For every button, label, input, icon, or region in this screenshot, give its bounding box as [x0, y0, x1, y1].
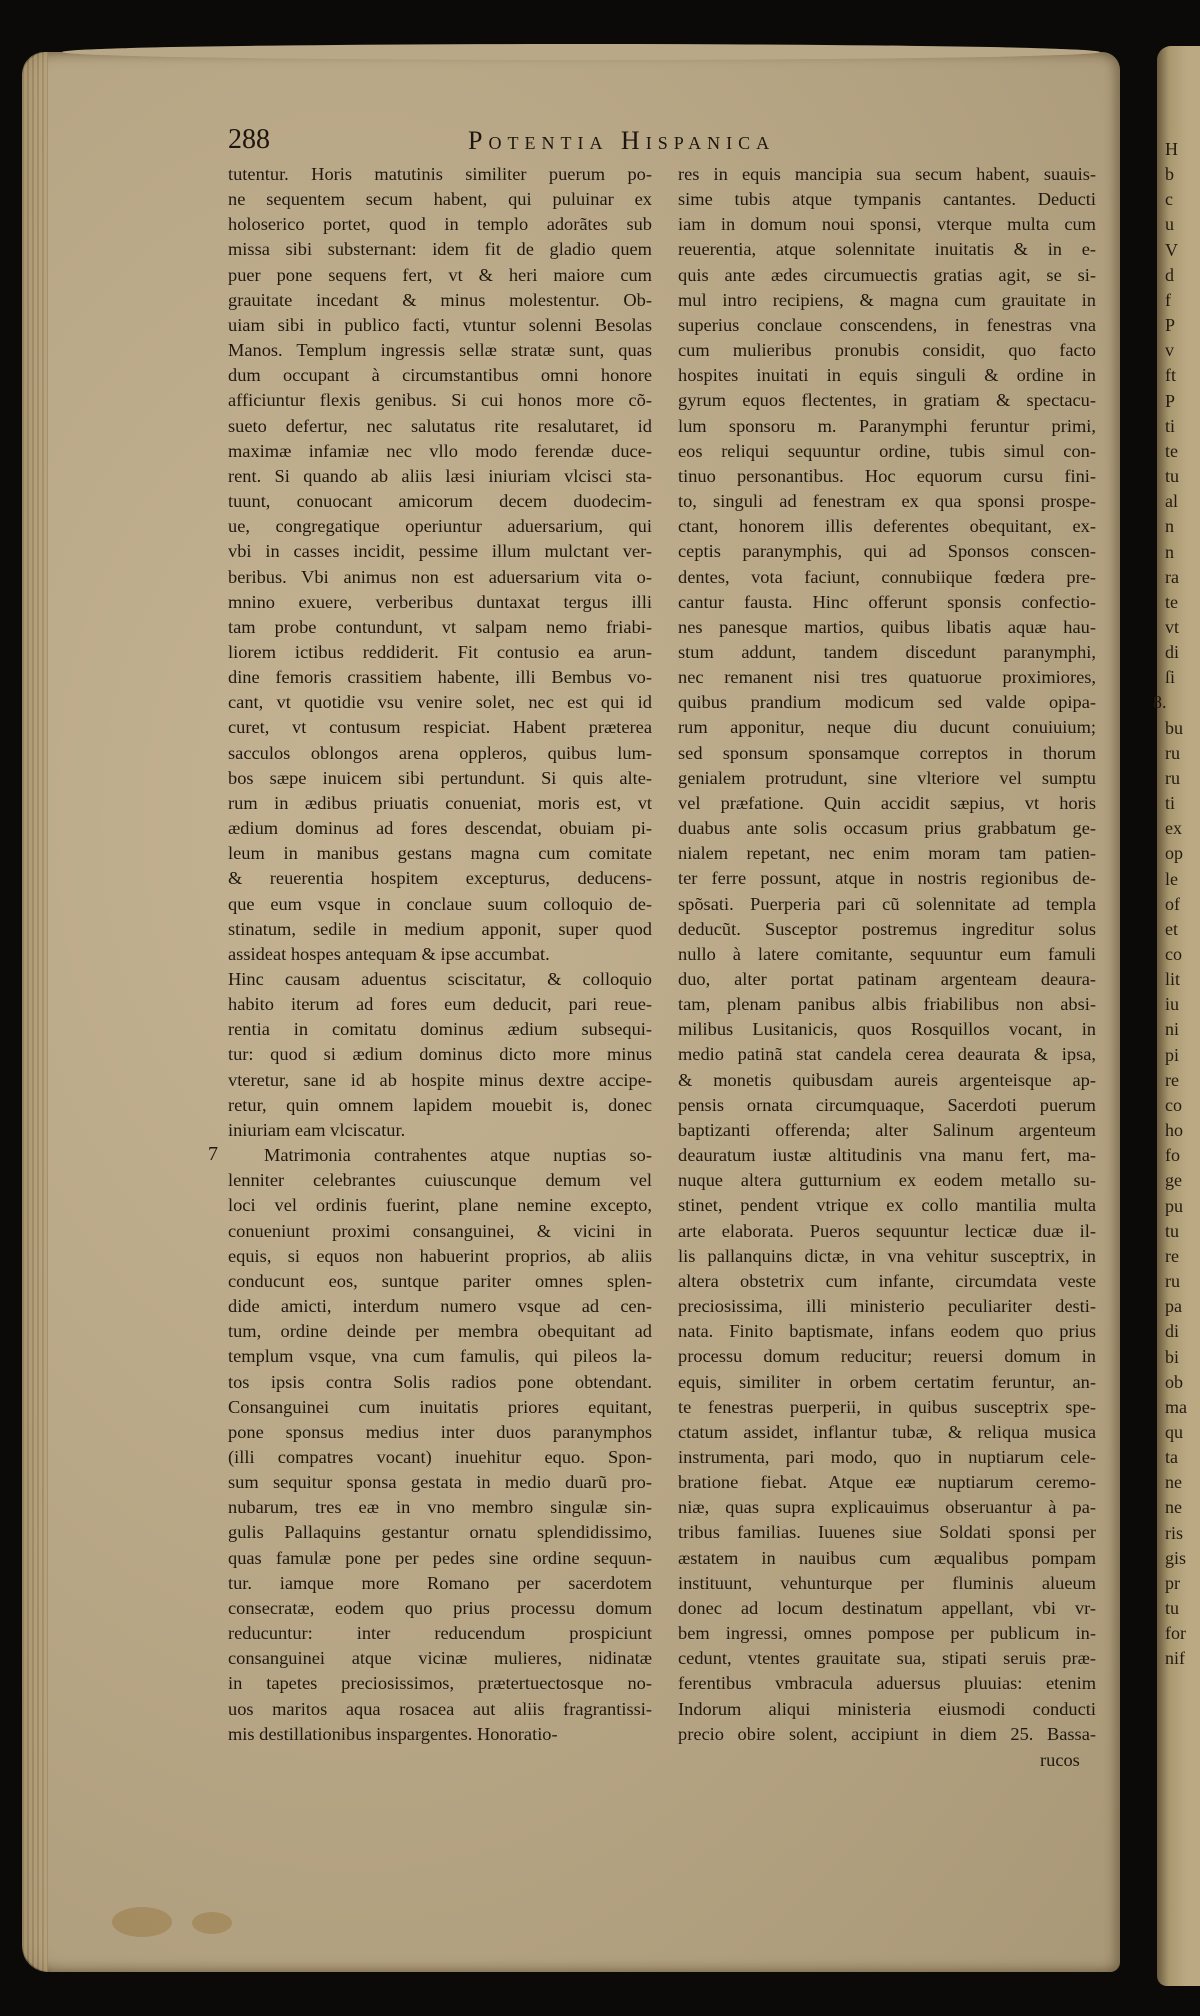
text-line: Manos. Templum ingressis sellæ stratæ su…	[228, 338, 652, 363]
fragment-line: H	[1165, 137, 1200, 162]
text-line: assideat hospes antequam & ipse accumbat…	[228, 942, 652, 967]
text-line: dine femoris crassitiem habente, illi Be…	[228, 665, 652, 690]
fragment-line: fo	[1165, 1143, 1200, 1168]
fragment-line: tu	[1165, 1219, 1200, 1244]
text-line: cum mulieribus pronubis considit, quo fa…	[678, 338, 1096, 363]
text-line: lis pallanquins dictæ, in vna vehitur su…	[678, 1244, 1096, 1269]
fragment-line: re	[1165, 1068, 1200, 1093]
text-line: conducunt eos, suntque pariter omnes spl…	[228, 1269, 652, 1294]
text-line: in tapetes preciosissimos, prætertuectos…	[228, 1671, 652, 1696]
text-line: tur. iamque more Romano per sacerdotem	[228, 1571, 652, 1596]
text-line: gyrum equos flectentes, in gratiam & spe…	[678, 388, 1096, 413]
text-line: quas famulæ pone per pedes sine ordine s…	[228, 1546, 652, 1571]
text-line: superius conclaue conscendens, in fenest…	[678, 313, 1096, 338]
text-line: te fenestras puerperii, in quibus suscep…	[678, 1395, 1096, 1420]
foxing-stain	[112, 1907, 172, 1937]
text-line: liorem ictibus reddiderit. Fit contusio …	[228, 640, 652, 665]
text-line: consanguinei atque vicinæ mulieres, nidi…	[228, 1646, 652, 1671]
fragment-line: bu	[1165, 716, 1200, 741]
right-text-column: res in equis mancipia sua secum habent, …	[678, 162, 1096, 1747]
text-line: Matrimonia contrahentes atque nuptias so…	[228, 1143, 652, 1168]
text-line: consecratæ, eodem quo prius processu dom…	[228, 1596, 652, 1621]
fragment-line: v	[1165, 338, 1200, 363]
text-line: Indorum aliqui ministeria eiusmodi condu…	[678, 1697, 1096, 1722]
text-line: pensis ornata circumquaque, Sacerdoti pu…	[678, 1093, 1096, 1118]
fragment-line: pa	[1165, 1294, 1200, 1319]
text-line: lenniter celebrantes cuiuscunque demum v…	[228, 1168, 652, 1193]
text-line: tur: quod si ædium dominus dicto more mi…	[228, 1042, 652, 1067]
fragment-line: re	[1165, 1244, 1200, 1269]
text-line: cedunt, vtentes grauitate sua, stipati s…	[678, 1646, 1096, 1671]
text-line: missa sibi substernant: idem fit de glad…	[228, 237, 652, 262]
fragment-line: tu	[1165, 464, 1200, 489]
fragment-line: op	[1165, 841, 1200, 866]
text-line: vteretur, sane id ab hospite minus dextr…	[228, 1068, 652, 1093]
text-line: ceptis paranymphis, qui ad Sponsos consc…	[678, 539, 1096, 564]
fragment-line: ſi	[1165, 665, 1200, 690]
text-line: nata. Finito baptismate, infans eodem qu…	[678, 1319, 1096, 1344]
text-line: beribus. Vbi animus non est aduersarium …	[228, 565, 652, 590]
text-line: leum in manibus gestans magna cum comita…	[228, 841, 652, 866]
fragment-line: di	[1165, 640, 1200, 665]
text-line: eos reliqui sequuntur ordine, tubis simu…	[678, 439, 1096, 464]
text-line: bem ingressi, omnes pompose per publicum…	[678, 1621, 1096, 1646]
text-line: loci vel ordinis fuerint, plane nemine e…	[228, 1193, 652, 1218]
text-line: nullo à latere comitante, sequuntur eum …	[678, 942, 1096, 967]
text-line: ne sequentem secum habent, qui puluinar …	[228, 187, 652, 212]
text-line: retur, quin omnem lapidem mouebit is, do…	[228, 1093, 652, 1118]
text-line: duo, alter portat patinam argenteam deau…	[678, 967, 1096, 992]
fragment-line: ris	[1165, 1521, 1200, 1546]
fragment-line: nif	[1165, 1646, 1200, 1671]
fragment-line: qu	[1165, 1420, 1200, 1445]
text-line: ædium dominus ad fores descendat, obuiam…	[228, 816, 652, 841]
text-line: precio obire solent, accipiunt in diem 2…	[678, 1722, 1096, 1747]
text-line: & monetis quibusdam aureis argenteisque …	[678, 1068, 1096, 1093]
fragment-line: pi	[1165, 1043, 1200, 1068]
text-line: bratione fiebat. Atque eæ nuptiarum cere…	[678, 1470, 1096, 1495]
text-line: sueto defertur, nec salutatus rite resal…	[228, 414, 652, 439]
text-line: processu domum reducitur; reuersi domum …	[678, 1344, 1096, 1369]
text-line: afficiuntur flexis genibus. Si cui honos…	[228, 388, 652, 413]
text-line: (illi compatres vocant) inuehitur equo. …	[228, 1445, 652, 1470]
text-line: altera obstetrix cum infante, circumdata…	[678, 1269, 1096, 1294]
text-line: maximæ infamiæ nec vllo modo ferendæ duc…	[228, 439, 652, 464]
fragment-line: ru	[1165, 1269, 1200, 1294]
text-line: iniuriam eam vlciscatur.	[228, 1118, 652, 1143]
text-line: quis ante ædes circumuectis gratias agit…	[678, 263, 1096, 288]
text-line: tuunt, conuocant amicorum decem duodecim…	[228, 489, 652, 514]
fragment-line: ob	[1165, 1370, 1200, 1395]
text-line: Hinc causam aduentus sciscitatur, & coll…	[228, 967, 652, 992]
text-line: curet, vt contusum respiciat. Habent præ…	[228, 715, 652, 740]
text-line: mul intro recipiens, & magna cum grauita…	[678, 288, 1096, 313]
text-line: sed sponsum sponsamque correptos in thor…	[678, 741, 1096, 766]
fragment-line: pu	[1165, 1194, 1200, 1219]
fragment-line: ge	[1165, 1168, 1200, 1193]
text-line: reuerentia, atque solennitate inuitatis …	[678, 237, 1096, 262]
fragment-line: b	[1165, 162, 1200, 187]
text-line: stinet, pendent vtrique ex collo mantili…	[678, 1193, 1096, 1218]
text-line: instituunt, vehunturque per fluminis alu…	[678, 1571, 1096, 1596]
text-line: niæ, quas supra explicauimus obseruantur…	[678, 1495, 1096, 1520]
fragment-line: tu	[1165, 1596, 1200, 1621]
fragment-line: ho	[1165, 1118, 1200, 1143]
fragment-line: pr	[1165, 1571, 1200, 1596]
text-line: ue, congregatique operiuntur aduersarium…	[228, 514, 652, 539]
fragment-line: iu	[1165, 992, 1200, 1017]
left-text-column: tutentur. Horis matutinis similiter puer…	[228, 162, 652, 1747]
text-line: spõsati. Puerperia pari cũ solennitate a…	[678, 892, 1096, 917]
foxing-stain	[192, 1912, 232, 1934]
text-line: medio patinã stat candela cerea deaurata…	[678, 1042, 1096, 1067]
fragment-line: V	[1165, 238, 1200, 263]
text-line: conueniunt proximi consanguinei, & vicin…	[228, 1219, 652, 1244]
text-line: nuque altera gutturnium ex eodem metallo…	[678, 1168, 1096, 1193]
text-line: dentes, vota faciunt, connubiique fœdera…	[678, 565, 1096, 590]
fragment-line: ma	[1165, 1395, 1200, 1420]
facing-page-fragments: HbcuVdfPvftPtitetualnnratevtdiſi8.bururu…	[1165, 137, 1200, 1672]
fragment-line: of	[1165, 892, 1200, 917]
fragment-line: f	[1165, 288, 1200, 313]
running-title: Potentia Hispanica	[468, 126, 775, 156]
text-line: nialem repetant, nec enim moram tam pati…	[678, 841, 1096, 866]
text-line: ter ferre possunt, atque in nostris regi…	[678, 866, 1096, 891]
fragment-line: ti	[1165, 791, 1200, 816]
fragment-line: ti	[1165, 414, 1200, 439]
fragment-line: vt	[1165, 615, 1200, 640]
text-line: cantur fausta. Hinc offerunt sponsis con…	[678, 590, 1096, 615]
text-line: cant, vt quotidie vsu venire solet, nec …	[228, 690, 652, 715]
text-line: mis destillationibus inspargentes. Honor…	[228, 1722, 652, 1747]
text-line: templum vsque, vna cum famulis, qui pile…	[228, 1344, 652, 1369]
text-line: deducũt. Susceptor postremus ingreditur …	[678, 917, 1096, 942]
text-line: tinuo personantibus. Hoc equorum cursu f…	[678, 464, 1096, 489]
fragment-line: P	[1165, 313, 1200, 338]
text-line: sime tubis atque tympanis cantantes. Ded…	[678, 187, 1096, 212]
text-line: ferentibus vmbracula aduersus pluuias: e…	[678, 1671, 1096, 1696]
running-head: 288 Potentia Hispanica	[228, 124, 1098, 158]
text-line: hospites inuitati in equis singuli & ord…	[678, 363, 1096, 388]
text-line: dide amicti, interdum numero vsque ad ce…	[228, 1294, 652, 1319]
fragment-line: ex	[1165, 816, 1200, 841]
fragment-line: et	[1165, 917, 1200, 942]
text-line: equis, si equos non habuerint proprios, …	[228, 1244, 652, 1269]
fragment-line: te	[1165, 590, 1200, 615]
text-line: rent. Si quando ab aliis læsi iniuriam v…	[228, 464, 652, 489]
text-line: donec ad locum destinatum appellant, vbi…	[678, 1596, 1096, 1621]
text-line: sacculos oblongos arena oppleros, quibus…	[228, 741, 652, 766]
text-line: rentia in comitatu dominus ædium subsequ…	[228, 1017, 652, 1042]
text-line: vel præfatione. Quin accidit sæpius, vt …	[678, 791, 1096, 816]
text-line: instrumenta, pari modo, quo in nuptiarum…	[678, 1445, 1096, 1470]
text-line: rum apponitur, neque diu ducunt conuiuiu…	[678, 715, 1096, 740]
text-line: puer pone sequens fert, vt & heri maiore…	[228, 263, 652, 288]
fragment-line: lit	[1165, 967, 1200, 992]
text-line: bos sæpe inuicem sibi pertundunt. Si qui…	[228, 766, 652, 791]
text-line: to, singuli ad fenestram ex qua sponsi p…	[678, 489, 1096, 514]
text-line: rum in ædibus priuatis conueniat, moris …	[228, 791, 652, 816]
fragment-line: 8.	[1153, 690, 1193, 715]
text-line: res in equis mancipia sua secum habent, …	[678, 162, 1096, 187]
text-line: tum, ordine deinde per membra obequitant…	[228, 1319, 652, 1344]
text-line: vbi in casses incidit, pessime illum mul…	[228, 539, 652, 564]
text-line: arte elaborata. Pueros sequuntur lecticæ…	[678, 1219, 1096, 1244]
text-line: que eum vsque in conclaue suum colloquio…	[228, 892, 652, 917]
page-top-edge	[62, 44, 1100, 60]
fragment-line: co	[1165, 1093, 1200, 1118]
text-line: deauratum iustæ altitudinis vna manu fer…	[678, 1143, 1096, 1168]
fragment-line: ft	[1165, 363, 1200, 388]
text-line: milibus Lusitanicis, quos Rosquillos voc…	[678, 1017, 1096, 1042]
section-marker: 7	[208, 1143, 218, 1166]
text-line: gulis Pallaquins gestantur ornatu splend…	[228, 1520, 652, 1545]
text-line: tutentur. Horis matutinis similiter puer…	[228, 162, 652, 187]
text-line: & reuerentia hospitem excepturus, deduce…	[228, 866, 652, 891]
text-line: tam, plenam panibus albis friabilibus no…	[678, 992, 1096, 1017]
fragment-line: di	[1165, 1319, 1200, 1344]
text-line: preciosissima, illi ministerio peculiari…	[678, 1294, 1096, 1319]
fragment-line: bi	[1165, 1345, 1200, 1370]
text-line: uos maritos aqua rosacea aut aliis fragr…	[228, 1697, 652, 1722]
text-line: tam probe contundunt, vt salpam nemo fri…	[228, 615, 652, 640]
fragment-line: te	[1165, 439, 1200, 464]
text-line: lum sponsoru m. Paranymphi feruntur prim…	[678, 414, 1096, 439]
text-line: stinatum, sedile in medium apponit, supe…	[228, 917, 652, 942]
text-line: ctatum assidet, inflantur tubæ, & reliqu…	[678, 1420, 1096, 1445]
text-line: duabus ante solis occasum prius grabbatu…	[678, 816, 1096, 841]
fragment-line: d	[1165, 263, 1200, 288]
text-line: stum addunt, tandem discedunt paranymphi…	[678, 640, 1096, 665]
fragment-line: co	[1165, 942, 1200, 967]
text-line: nubarum, tres eæ in vno membro singulæ s…	[228, 1495, 652, 1520]
text-line: sum sequitur sponsa gestata in medio dua…	[228, 1470, 652, 1495]
text-line: nec remanent nisi tres quatuorue proximi…	[678, 665, 1096, 690]
text-line: iam in domum noui sponsi, vterque multa …	[678, 212, 1096, 237]
fragment-line: ra	[1165, 565, 1200, 590]
fragment-line: ne	[1165, 1470, 1200, 1495]
text-line: equis, similiter in orbem certatim ferun…	[678, 1370, 1096, 1395]
fragment-line: gis	[1165, 1546, 1200, 1571]
fragment-line: P	[1165, 389, 1200, 414]
fragment-line: n	[1165, 514, 1200, 539]
fragment-line: c	[1165, 187, 1200, 212]
text-line: tribus familias. Iuuenes siue Soldati sp…	[678, 1520, 1096, 1545]
text-line: holoserico portet, quod in templo adorãt…	[228, 212, 652, 237]
fragment-line: ru	[1165, 741, 1200, 766]
text-line: æstatem in nauibus cum æqualibus pompam	[678, 1546, 1096, 1571]
fragment-line: ru	[1165, 766, 1200, 791]
fragment-line: al	[1165, 489, 1200, 514]
text-line: quibus prandium modicum sed valde opipa-	[678, 690, 1096, 715]
text-line: habito iterum ad fores eum deducit, pari…	[228, 992, 652, 1017]
fragment-line: ne	[1165, 1495, 1200, 1520]
fragment-line: for	[1165, 1621, 1200, 1646]
text-line: baptizanti offerenda; alter Salinum arge…	[678, 1118, 1096, 1143]
text-line: tos ipsis contra Solis radios pone obten…	[228, 1370, 652, 1395]
text-line: grauitate incedant & minus molestentur. …	[228, 288, 652, 313]
text-line: ctant, honorem illis deferentes obequita…	[678, 514, 1096, 539]
fragment-line: n	[1165, 540, 1200, 565]
page-number: 288	[228, 124, 270, 156]
fragment-line: u	[1165, 212, 1200, 237]
text-line: nes panesque martios, quibus libatis aqu…	[678, 615, 1096, 640]
text-line: genialem protrudunt, sine vlteriore vel …	[678, 766, 1096, 791]
text-line: dum occupant à circumstantibus omni hono…	[228, 363, 652, 388]
text-line: uiam sibi in publico facti, vtuntur sole…	[228, 313, 652, 338]
text-line: pone sponsus medius inter duos paranymph…	[228, 1420, 652, 1445]
text-line: mnino exuere, verberibus duntaxat tergus…	[228, 590, 652, 615]
fragment-line: ni	[1165, 1017, 1200, 1042]
catchword: rucos	[1040, 1750, 1080, 1771]
text-line: reducuntur: inter reducendum prospiciunt	[228, 1621, 652, 1646]
text-line: Consanguinei cum inuitatis priores equit…	[228, 1395, 652, 1420]
fragment-line: ta	[1165, 1445, 1200, 1470]
fragment-line: le	[1165, 867, 1200, 892]
